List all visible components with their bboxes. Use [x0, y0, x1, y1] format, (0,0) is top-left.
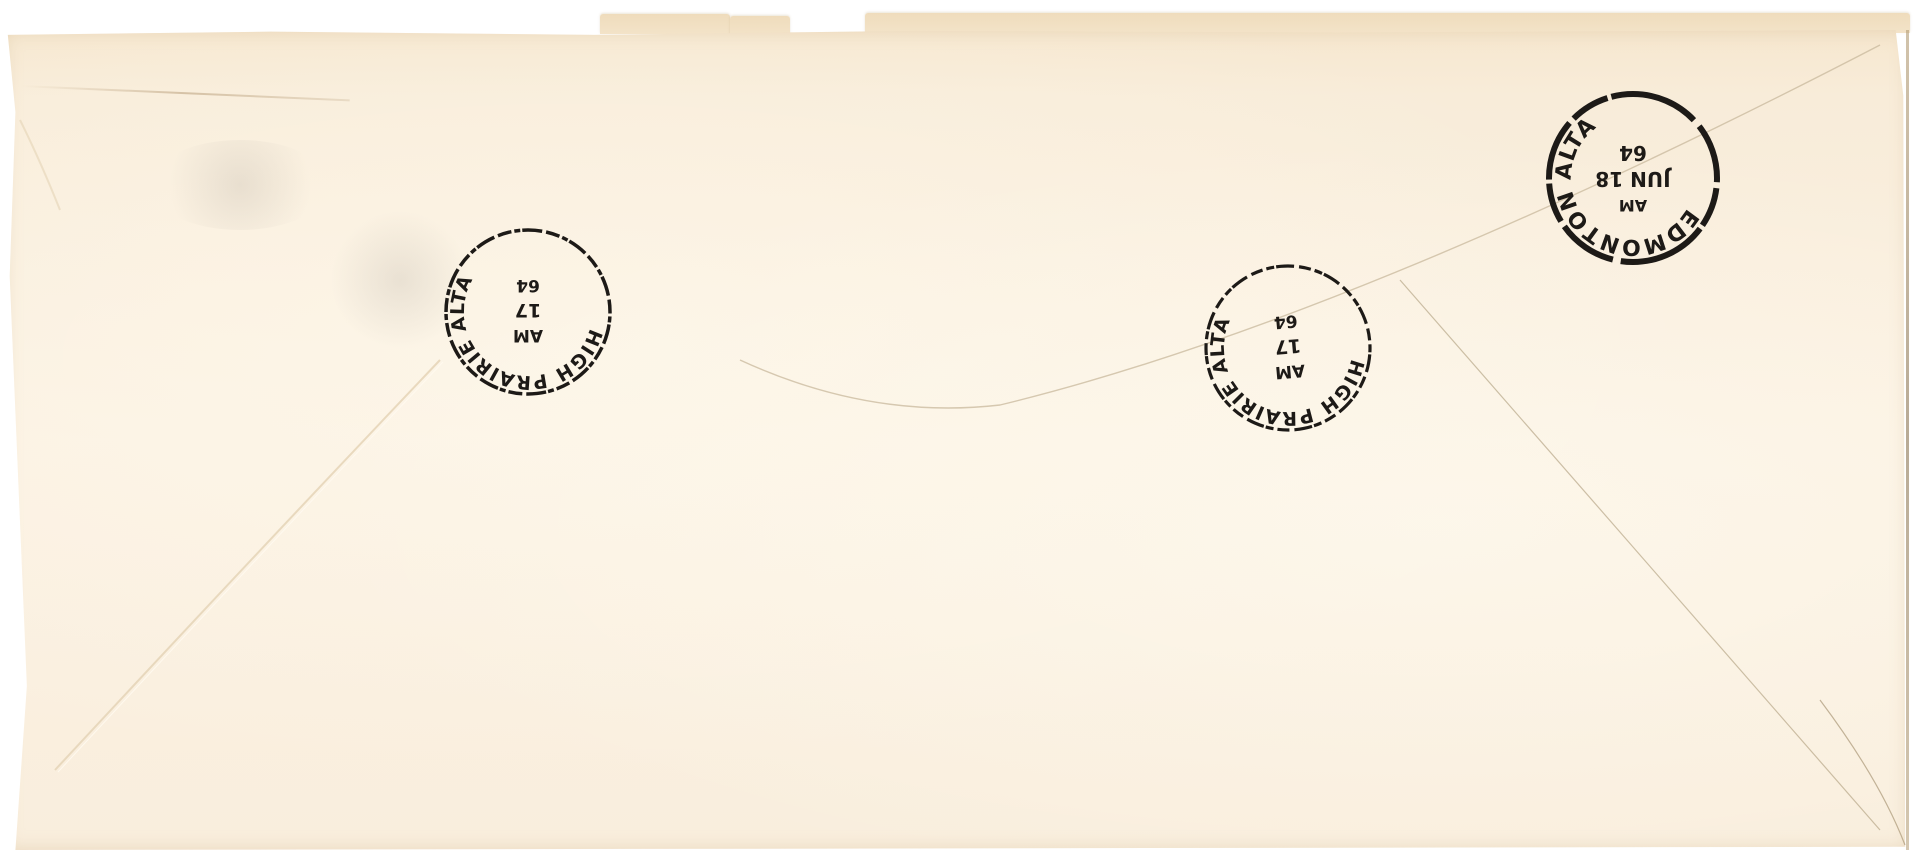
- postmark-time: AM: [1619, 196, 1647, 215]
- postmark-date: 17: [1274, 334, 1302, 358]
- postmark-year: 64: [516, 275, 540, 295]
- postmark-year: 64: [1619, 141, 1647, 165]
- postmark-high-prairie-right: HIGH PRAIRIE ALTA AM 17 64: [1198, 258, 1378, 438]
- postmark-time: AM: [513, 325, 543, 345]
- postmark-stamp-icon: HIGH PRAIRIE ALTA AM 17 64: [438, 222, 618, 402]
- ink-smudge: [150, 140, 330, 230]
- postmark-time: AM: [1274, 360, 1306, 383]
- envelope-edge-shadow: [1906, 30, 1909, 850]
- postmark-high-prairie-left: HIGH PRAIRIE ALTA AM 17 64: [438, 222, 618, 402]
- scan-canvas: HIGH PRAIRIE ALTA AM 17 64 HIGH PRAIRIE …: [0, 0, 1917, 862]
- postmark-year: 64: [1273, 310, 1298, 332]
- postmark-date: JUN 18: [1595, 167, 1672, 191]
- postmark-stamp-icon: EDMONTON ALTA AM JUN 18 64: [1543, 88, 1723, 268]
- torn-flap-remnant: [865, 13, 1910, 33]
- postmark-stamp-icon: HIGH PRAIRIE ALTA AM 17 64: [1198, 258, 1378, 438]
- torn-flap-remnant: [600, 14, 730, 34]
- postmark-date: 17: [515, 299, 541, 321]
- postmark-edmonton: EDMONTON ALTA AM JUN 18 64: [1543, 88, 1723, 268]
